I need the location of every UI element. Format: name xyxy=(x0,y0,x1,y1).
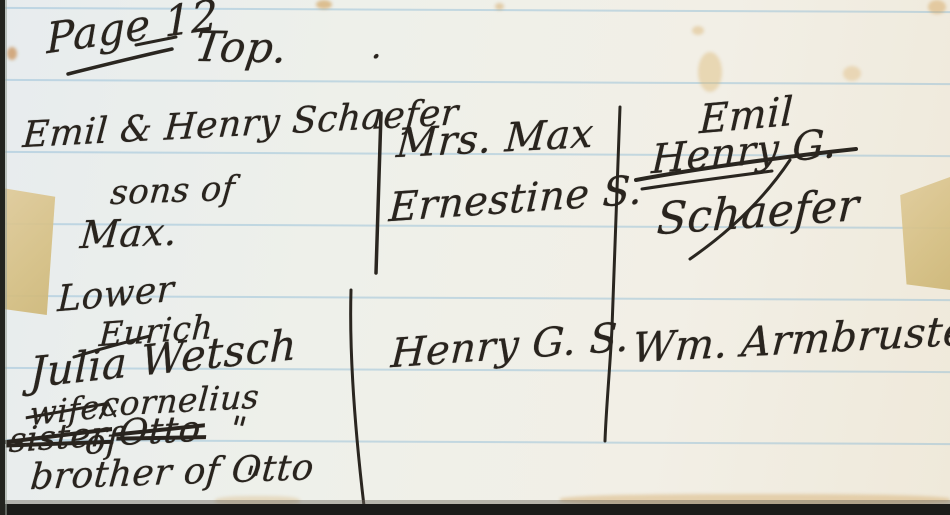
photo-edge-left xyxy=(0,0,5,515)
struck-name-otto: Otto xyxy=(117,412,202,452)
photo-edge-bottom xyxy=(0,504,950,515)
column-divider-3 xyxy=(605,107,620,441)
name-max: Max. xyxy=(79,213,179,255)
index-card-photo: Page 12 Top. . Emil & Henry Schaefer son… xyxy=(0,0,950,515)
relation-sons-of: sons of xyxy=(109,172,237,210)
card-left-shadow xyxy=(5,0,7,515)
relation-brother-of-otto: brother of Otto xyxy=(29,450,316,496)
column-divider-2 xyxy=(351,290,364,506)
name-mrs-max: Mrs. Max xyxy=(395,114,595,165)
top-label: Top. xyxy=(192,26,290,70)
